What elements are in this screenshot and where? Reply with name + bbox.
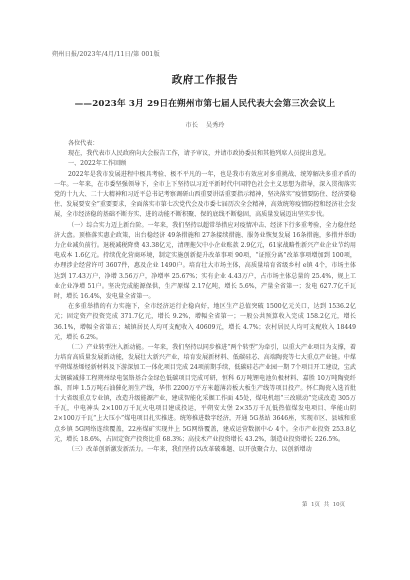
paragraph: 各位代表： — [54, 139, 356, 149]
newspaper-header-line: 朔州日报/2023年/4月/11日/第 001版 — [52, 49, 160, 58]
paragraph: （三）改革创新激发新活力。一年来，我们坚持以改革破难题、以开放聚合力、以创新增动 — [54, 445, 356, 455]
document-page: 朔州日报/2023年/4月/11日/第 001版 政府工作报告 ——2023年 … — [0, 0, 410, 580]
paragraph: （二）产业转型注入新动能。一年来，我们坚持以同步推进“两个转型”为牵引，以重大产… — [54, 343, 356, 445]
section-heading: 一、2022年工作回顾 — [54, 159, 356, 169]
paragraph: 2022年是我市发展进程中极具考验、极不平凡的一年，也是我市有效应对多重挑战、统… — [54, 170, 356, 221]
document-subtitle: ——2023年 3月 29日在朔州市第七届人民代表大会第三次会议上 — [0, 97, 410, 109]
paragraph: 现在，我代表市人民政府向大会报告工作，请予审议，并请市政协委员和其他列席人员提出… — [54, 149, 356, 159]
page-number: 第 1页 共 10页 — [302, 500, 345, 508]
document-author: 市长 吴秀玲 — [0, 120, 410, 129]
document-title: 政府工作报告 — [0, 72, 410, 87]
paragraph: 在多重举措的有力实施下，全市经济运行企稳向好，地区生产总值突破 1500亿元关口… — [54, 302, 356, 343]
paragraph: （一）综合实力迈上新台阶。一年来，我们坚持以超常举措应对疫情冲击、经济下行多重考… — [54, 221, 356, 303]
document-body: 各位代表： 现在，我代表市人民政府向大会报告工作，请予审议，并请市政协委员和其他… — [54, 139, 356, 455]
